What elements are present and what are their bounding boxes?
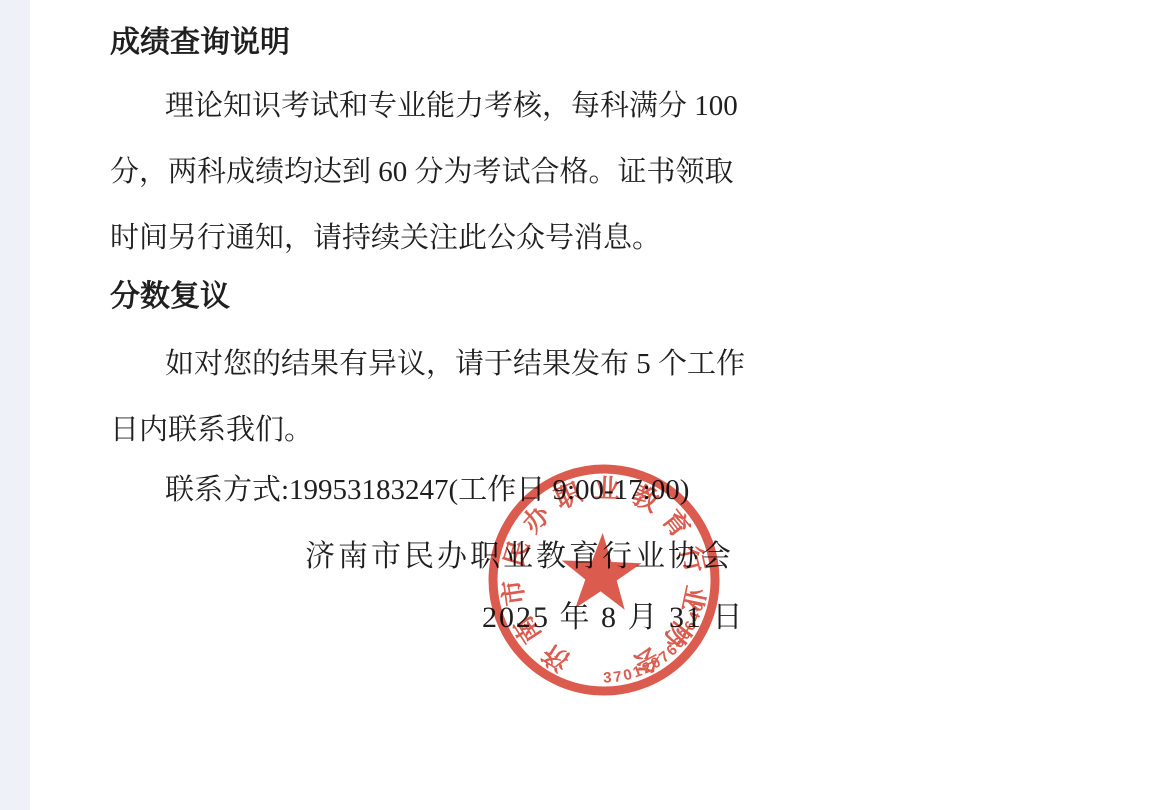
- official-seal-graphic: 济南市民办职业教育行业协会3701207660640: [479, 454, 729, 708]
- seal-ring-char: 民: [499, 537, 534, 570]
- document-page: 成绩查询说明 理论知识考试和专业能力考核，每科满分 100 分，两科成绩均达到 …: [0, 0, 1160, 810]
- seal-ring-char: 市: [498, 578, 530, 608]
- para2-line2: 日内联系我们。: [110, 414, 313, 447]
- official-seal: 济南市民办职业教育行业协会3701207660640: [479, 454, 729, 708]
- para1-line2: 分，两科成绩均达到 60 分为考试合格。证书领取: [110, 156, 734, 189]
- para1-line3: 时间另行通知，请持续关注此公众号消息。: [110, 222, 661, 255]
- seal-ring-char: 行: [676, 544, 710, 576]
- heading-score-review: 分数复议: [110, 280, 230, 315]
- star-icon: [560, 532, 642, 611]
- para2-line1: 如对您的结果有异议，请于结果发布 5 个工作: [165, 348, 745, 381]
- seal-ring-char: 业: [594, 474, 621, 504]
- left-edge-strip: [0, 0, 30, 810]
- para1-line1: 理论知识考试和专业能力考核，每科满分 100: [165, 90, 738, 123]
- heading-score-inquiry: 成绩查询说明: [110, 26, 290, 61]
- seal-number-digit: 3: [603, 669, 612, 686]
